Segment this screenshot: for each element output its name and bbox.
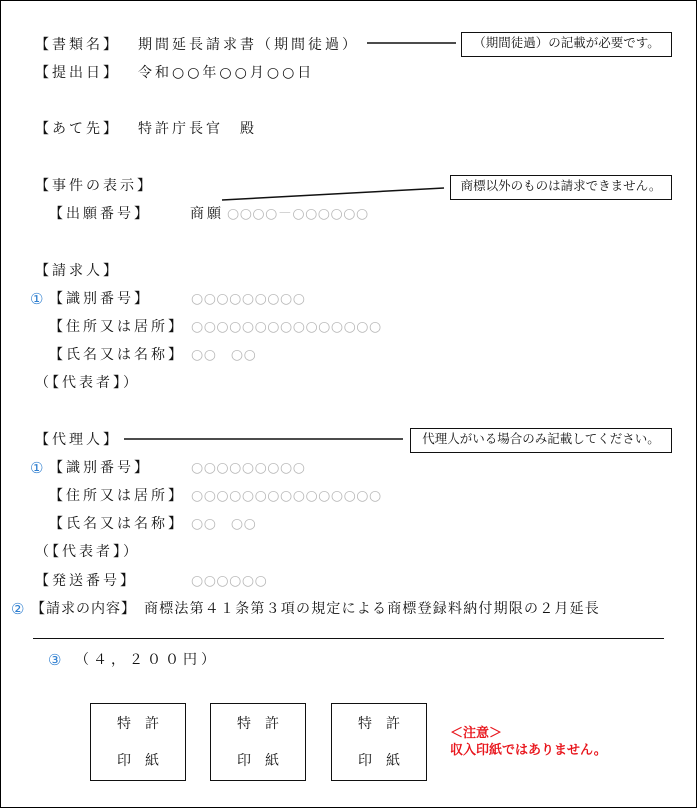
- dispatch-number-value: ○○○○○○: [191, 572, 267, 590]
- requester-address-label: 【住所又は居所】: [49, 318, 185, 336]
- application-number-prefix: 商願: [190, 205, 224, 223]
- agent-section-label: 【代理人】: [35, 431, 120, 449]
- stamp-text-line2: 印紙: [91, 750, 185, 770]
- patent-stamp-box-3: 特許 印紙: [331, 703, 427, 781]
- document-title-label: 【書類名】: [35, 36, 120, 54]
- marker-1-requester: ①: [30, 290, 43, 308]
- stamp-text-line1: 特許: [91, 713, 185, 733]
- callout-title-note: （期間徒過）の記載が必要です。: [461, 32, 672, 57]
- document-page: 【書類名】 期間延長請求書（期間徒過） （期間徒過）の記載が必要です。 【提出日…: [0, 0, 697, 808]
- addressee-label: 【あて先】: [35, 120, 120, 138]
- application-number-label: 【出願番号】: [49, 205, 151, 223]
- stamp-text-line2: 印紙: [332, 750, 426, 770]
- patent-stamp-box-2: 特許 印紙: [210, 703, 306, 781]
- dispatch-number-label: 【発送番号】: [35, 572, 137, 590]
- marker-2: ②: [11, 600, 24, 618]
- patent-stamp-box-1: 特許 印紙: [90, 703, 186, 781]
- request-content-label: 【請求の内容】: [31, 600, 136, 618]
- divider-line: [33, 638, 664, 639]
- agent-representative-label: （【代表者】）: [35, 543, 140, 561]
- case-display-label: 【事件の表示】: [35, 177, 154, 195]
- request-content-value: 商標法第４１条第３項の規定による商標登録料納付期限の２月延長: [144, 600, 600, 618]
- marker-1-agent: ①: [30, 459, 43, 477]
- requester-id-label: 【識別番号】: [49, 290, 151, 308]
- agent-name-value: ○○ ○○: [191, 515, 256, 533]
- marker-3: ③: [48, 651, 61, 669]
- agent-address-value: ○○○○○○○○○○○○○○○: [191, 487, 382, 505]
- agent-id-value: ○○○○○○○○○: [191, 459, 305, 477]
- stamp-text-line2: 印紙: [211, 750, 305, 770]
- agent-name-label: 【氏名又は名称】: [49, 515, 185, 533]
- notice-text: 収入印紙ではありません。: [450, 742, 607, 759]
- callout-agent-note: 代理人がいる場合のみ記載してください。: [410, 428, 672, 453]
- stamp-text-line1: 特許: [332, 713, 426, 733]
- requester-address-value: ○○○○○○○○○○○○○○○: [191, 318, 382, 336]
- agent-address-label: 【住所又は居所】: [49, 487, 185, 505]
- application-number-value: ○○○○－○○○○○○: [227, 205, 369, 223]
- requester-name-label: 【氏名又は名称】: [49, 346, 185, 364]
- submission-date-label: 【提出日】: [35, 64, 120, 82]
- document-title-value: 期間延長請求書（期間徒過）: [138, 36, 359, 54]
- agent-id-label: 【識別番号】: [49, 459, 151, 477]
- submission-date-value: 令和○○年○○月○○日: [138, 64, 314, 82]
- stamp-text-line1: 特許: [211, 713, 305, 733]
- requester-representative-label: （【代表者】）: [35, 374, 140, 392]
- fee-value: （４，２００円）: [75, 651, 219, 669]
- requester-id-value: ○○○○○○○○○: [191, 290, 305, 308]
- requester-section-label: 【請求人】: [35, 262, 120, 280]
- callout-trademark-note: 商標以外のものは請求できません。: [450, 175, 672, 200]
- notice-title: ＜注意＞: [450, 725, 502, 742]
- requester-name-value: ○○ ○○: [191, 346, 256, 364]
- addressee-value: 特許庁長官 殿: [138, 120, 257, 138]
